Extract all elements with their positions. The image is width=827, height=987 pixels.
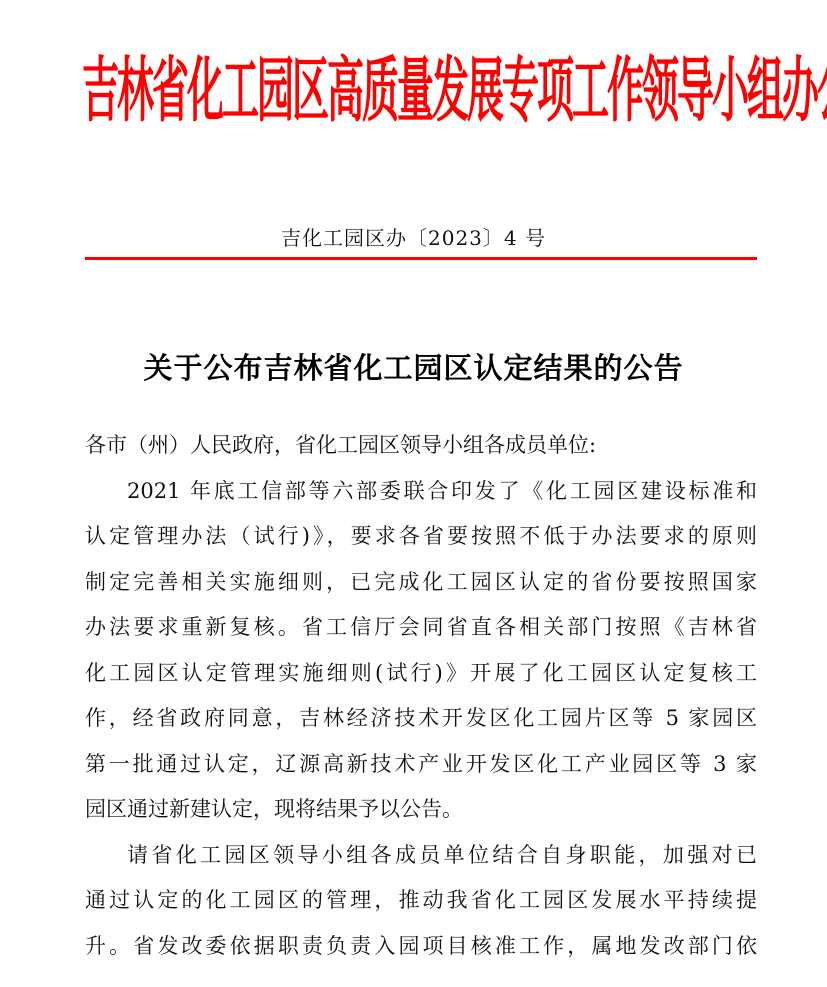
paragraph-line: 认定管理办法（试行)》，要求各省要按照不低于办法要求的原则 bbox=[85, 514, 757, 560]
paragraph-line: 升。省发改委依据职责负责入园项目核准工作，属地发改部门依 bbox=[85, 924, 757, 970]
paragraph-2: 请省化工园区领导小组各成员单位结合自身职能，加强对已 通过认定的化工园区的管理，… bbox=[85, 833, 757, 970]
announcement-title: 关于公布吉林省化工园区认定结果的公告 bbox=[0, 346, 827, 387]
paragraph-line: 化工园区认定管理实施细则(试行)》开展了化工园区认定复核工 bbox=[85, 651, 757, 697]
document-number: 吉化工园区办〔2023〕4 号 bbox=[0, 222, 827, 251]
salutation: 各市（州）人民政府，省化工园区领导小组各成员单位: bbox=[85, 423, 757, 469]
paragraph-line: 通过认定的化工园区的管理，推动我省化工园区发展水平持续提 bbox=[85, 878, 757, 924]
paragraph-line: 第一批通过认定，辽源高新技术产业开发区化工产业园区等 3 家 bbox=[85, 742, 757, 788]
document-body: 各市（州）人民政府，省化工园区领导小组各成员单位: 2021 年底工信部等六部委… bbox=[85, 423, 757, 969]
paragraph-line: 办法要求重新复核。省工信厅会同省直各相关部门按照《吉林省 bbox=[85, 605, 757, 651]
paragraph-line: 制定完善相关实施细则，已完成化工园区认定的省份要按照国家 bbox=[85, 560, 757, 606]
paragraph-line: 2021 年底工信部等六部委联合印发了《化工园区建设标准和 bbox=[85, 469, 757, 515]
paragraph-line: 园区通过新建认定，现将结果予以公告。 bbox=[85, 787, 757, 833]
paragraph-line: 作，经省政府同意，吉林经济技术开发区化工园片区等 5 家园区 bbox=[85, 696, 757, 742]
paragraph-line: 请省化工园区领导小组各成员单位结合自身职能，加强对已 bbox=[85, 833, 757, 879]
red-divider-rule bbox=[85, 257, 757, 260]
issuer-header-title: 吉林省化工园区高质量发展专项工作领导小组办公室文件 bbox=[82, 0, 752, 181]
paragraph-1: 2021 年底工信部等六部委联合印发了《化工园区建设标准和 认定管理办法（试行)… bbox=[85, 469, 757, 833]
